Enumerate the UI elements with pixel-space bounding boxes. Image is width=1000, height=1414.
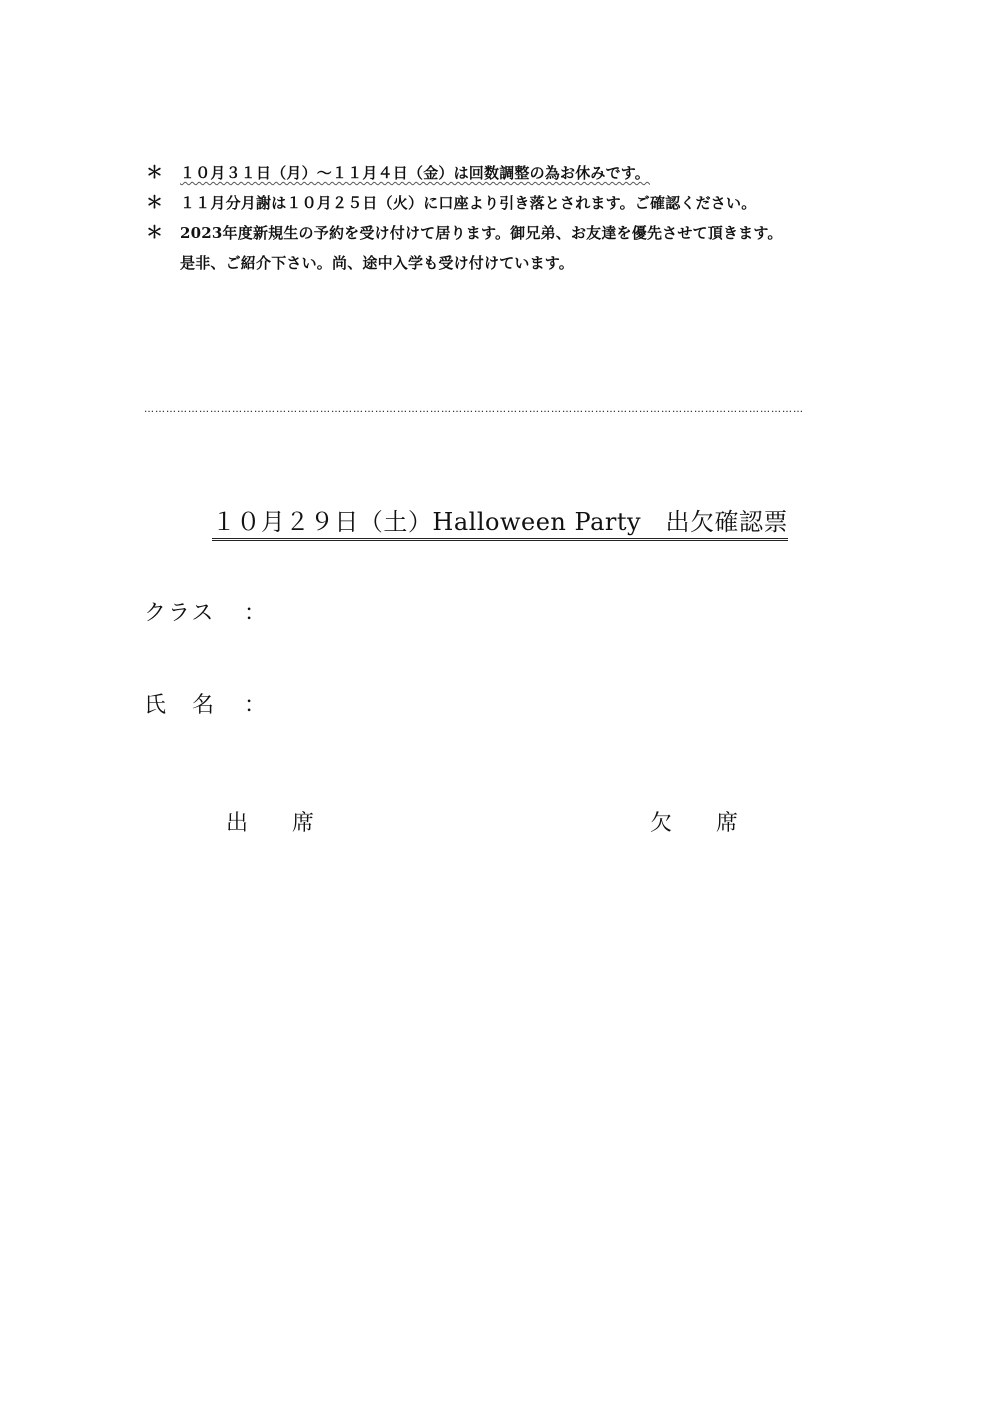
- name-colon: ：: [244, 688, 264, 719]
- notice-item-enrollment: ＊ 2023年度新規生の予約を受け付けて居ります。御兄弟、お友達を優先させて頂き…: [146, 218, 886, 248]
- notice-text: 2023年度新規生の予約を受け付けて居ります。御兄弟、お友達を優先させて頂きます…: [180, 218, 783, 248]
- notice-text: １０月３１日（月）～１１月４日（金）は回数調整の為お休みです。: [180, 158, 650, 188]
- class-input[interactable]: [264, 596, 784, 627]
- cut-line-divider: ……………………………………………………………………………………………………………: [144, 404, 856, 424]
- notice-item-closure: ＊ １０月３１日（月）～１１月４日（金）は回数調整の為お休みです。: [146, 158, 886, 188]
- attend-option[interactable]: 出 席: [226, 806, 314, 837]
- name-label: 氏 名: [144, 688, 244, 719]
- notice-text: １１月分月謝は１０月２５日（火）に口座より引き落とされます。ご確認ください。: [180, 188, 756, 218]
- notice-item-tuition: ＊ １１月分月謝は１０月２５日（火）に口座より引き落とされます。ご確認ください。: [146, 188, 886, 218]
- class-colon: ：: [244, 596, 264, 627]
- form-title: １０月２９日（土）Halloween Party 出欠確認票: [0, 502, 1000, 541]
- name-field: 氏 名 ：: [144, 688, 784, 719]
- asterisk-bullet-icon: ＊: [146, 188, 180, 218]
- name-input[interactable]: [264, 688, 784, 719]
- class-field: クラス ：: [144, 596, 784, 627]
- asterisk-bullet-icon: ＊: [146, 158, 180, 188]
- form-title-text: １０月２９日（土）Halloween Party 出欠確認票: [212, 502, 788, 541]
- asterisk-bullet-icon: ＊: [146, 218, 180, 248]
- class-label: クラス: [144, 596, 244, 627]
- notice-list: ＊ １０月３１日（月）～１１月４日（金）は回数調整の為お休みです。 ＊ １１月分…: [146, 158, 886, 278]
- notice-text: 是非、ご紹介下さい。尚、途中入学も受け付けています。: [180, 248, 574, 278]
- notice-item-enrollment-continuation: 是非、ご紹介下さい。尚、途中入学も受け付けています。: [146, 248, 886, 278]
- absent-option[interactable]: 欠 席: [650, 806, 738, 837]
